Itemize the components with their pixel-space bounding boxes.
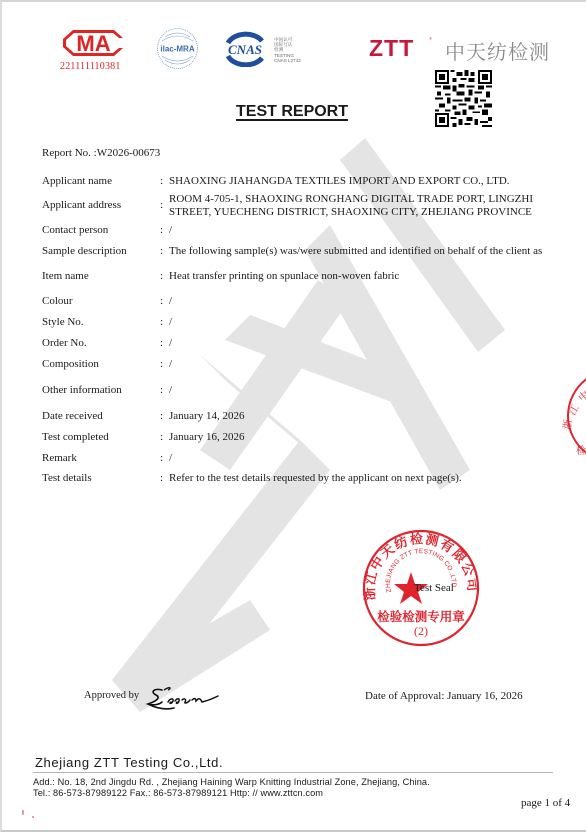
svg-text:MA: MA [76, 31, 110, 56]
field-colon: : [160, 295, 163, 307]
footer-divider [33, 772, 553, 773]
field-colon: : [160, 337, 163, 349]
field-value: / [169, 295, 172, 307]
field-value: The following sample(s) was/were submitt… [169, 245, 542, 257]
approved-by-label: Approved by [84, 690, 139, 701]
page-title: TEST REPORT [236, 103, 348, 121]
field-colon: : [160, 245, 163, 257]
stamp-mark [32, 816, 34, 818]
field-colon: : [160, 472, 163, 484]
address-line-1: ROOM 4-705-1, SHAOXING RONGHANG DIGITAL … [169, 193, 533, 206]
cma-number: 221111110381 [60, 61, 121, 72]
field-colon: : [160, 358, 163, 370]
test-seal-label: Test Seal [414, 582, 454, 594]
field-value: January 14, 2026 [169, 410, 244, 422]
field-colon: : [160, 410, 163, 422]
field-value: ROOM 4-705-1, SHAOXING RONGHANG DIGITAL … [169, 193, 533, 219]
field-label: Test completed [42, 431, 109, 443]
partial-seal-stamp: 浙 江 中 检 [556, 368, 586, 464]
svg-text:ilac-MRA: ilac-MRA [160, 45, 194, 54]
field-label: Style No. [42, 316, 84, 328]
field-value: Heat transfer printing on spunlace non-w… [169, 270, 399, 282]
ztt-chinese-name: 中天纺检测 [445, 36, 550, 65]
field-label: Item name [42, 270, 89, 282]
cma-logo: MA [61, 28, 126, 58]
field-value: SHAOXING JIAHANGDA TEXTILES IMPORT AND E… [169, 175, 510, 187]
qr-code-icon[interactable] [435, 70, 492, 127]
field-value: / [169, 452, 172, 464]
seal-number: (2) [414, 624, 428, 638]
field-label: Applicant name [42, 175, 112, 187]
seal-center-chinese: 检验检测专用章 [377, 609, 465, 624]
field-colon: : [160, 199, 163, 211]
field-value: / [169, 224, 172, 236]
field-value: Refer to the test details requested by t… [169, 472, 462, 484]
field-label: Sample description [42, 245, 127, 257]
field-colon: : [160, 316, 163, 328]
field-colon: : [160, 175, 163, 187]
field-label: Composition [42, 358, 99, 370]
field-label: Date received [42, 410, 103, 422]
field-value: January 16, 2026 [169, 431, 244, 443]
field-colon: : [160, 224, 163, 236]
field-colon: : [160, 270, 163, 282]
cnas-caption: 中国认可 国际互认 检测 TESTING CNAS L2742 [274, 37, 301, 63]
cnas-line: CNAS L2742 [274, 58, 301, 63]
field-label: Other information [42, 384, 122, 396]
field-label: Test details [42, 472, 92, 484]
field-label: Contact person [42, 224, 108, 236]
footer-address: Add.: No. 18, 2nd Jingdu Rd. , Zhejiang … [33, 777, 430, 787]
ilac-mra-logo: ilac-MRA [156, 27, 199, 70]
field-label: Applicant address [42, 199, 121, 211]
field-label: Colour [42, 295, 73, 307]
approval-date: Date of Approval: January 16, 2026 [365, 690, 523, 702]
svg-text:CNAS: CNAS [228, 42, 262, 57]
field-colon: : [160, 431, 163, 443]
cnas-logo: CNAS [224, 31, 266, 67]
footer-company-name: Zhejiang ZTT Testing Co.,Ltd. [35, 755, 223, 770]
field-value: / [169, 316, 172, 328]
page-number: page 1 of 4 [521, 797, 570, 809]
report-number: Report No. :W2026-00673 [42, 147, 160, 159]
field-label: Remark [42, 452, 77, 464]
field-value: / [169, 358, 172, 370]
field-colon: : [160, 452, 163, 464]
stamp-mark [22, 810, 24, 815]
field-colon: : [160, 384, 163, 396]
svg-text:检: 检 [576, 444, 586, 457]
ztt-brand-logo: ZTT [369, 35, 414, 62]
svg-text:浙: 浙 [560, 418, 575, 430]
svg-text:中: 中 [576, 388, 586, 404]
signature-image [144, 682, 222, 716]
field-value: / [169, 384, 172, 396]
address-line-2: STREET, YUECHENG DISTRICT, SHAOXING CITY… [169, 206, 533, 219]
registered-mark: ® [429, 36, 432, 41]
field-label: Order No. [42, 337, 87, 349]
field-value: / [169, 337, 172, 349]
footer-contact: Tel.: 86-573-87989122 Fax.: 86-573-87989… [33, 788, 323, 798]
